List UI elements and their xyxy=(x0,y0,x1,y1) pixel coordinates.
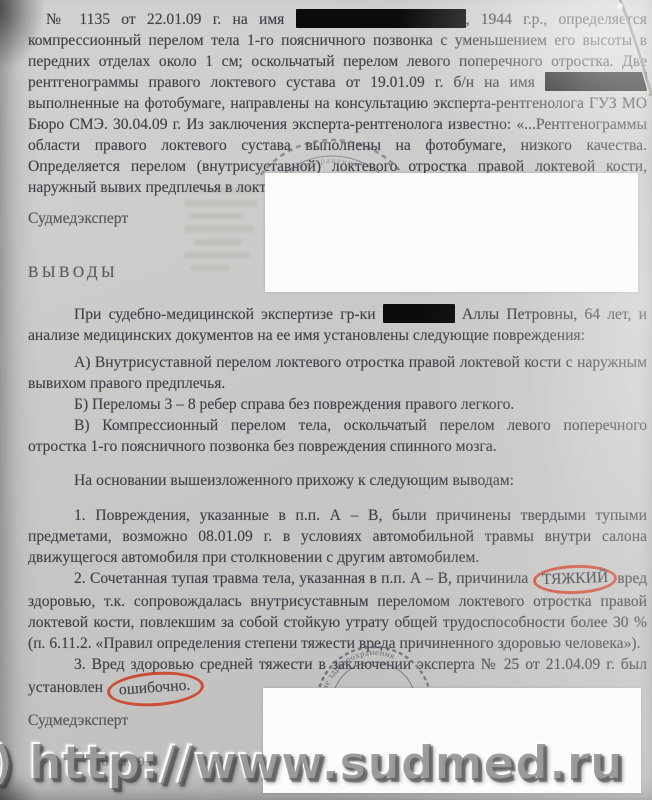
conclusion-1: 1. Повреждения, указанные в п.п. А – В, … xyxy=(28,505,647,568)
injury-item-a: А) Внутрисуставной перелом локтевого отр… xyxy=(28,352,647,394)
forensic-report-text: № 1135 от 22.01.09 г. на имя , 1944 г.р.… xyxy=(0,0,652,731)
redaction-white-bottom-block xyxy=(263,688,641,793)
red-circle-annotation-oshibochno: ошибочно. xyxy=(106,669,206,710)
redaction-black-name-2 xyxy=(545,72,647,91)
redaction-black-name-3 xyxy=(383,304,455,323)
paragraph-radiology-findings: № 1135 от 22.01.09 г. на имя , 1944 г.р.… xyxy=(28,9,647,198)
paragraph-basis: На основании вышеизложенного прихожу к с… xyxy=(28,470,647,491)
redaction-black-name-1 xyxy=(296,9,466,28)
injury-item-b: Б) Переломы 3 – 8 ребер справа без повре… xyxy=(28,394,647,415)
injury-list: А) Внутрисуставной перелом локтевого отр… xyxy=(28,352,647,457)
paragraph-intro: При судебно-медицинской экспертизе гр-ки… xyxy=(28,304,647,346)
conclusion-2-seg1: 2. Сочетанная тупая травма тела, указанн… xyxy=(74,570,528,587)
conclusion-2: 2. Сочетанная тупая травма тела, указанн… xyxy=(28,568,647,654)
faint-date-text: 16.05.09 г. xyxy=(94,754,156,771)
intro-seg1: При судебно-медицинской экспертизе гр-ки xyxy=(74,306,376,323)
p1-seg1: № 1135 от 22.01.09 г. на имя xyxy=(46,11,284,28)
injury-item-v: В) Компрессионный перелом тела, оскольча… xyxy=(28,415,647,457)
redaction-white-signature-block xyxy=(265,173,638,292)
red-circle-annotation-tyazhkiy: ТЯЖКИЙ xyxy=(532,564,617,596)
